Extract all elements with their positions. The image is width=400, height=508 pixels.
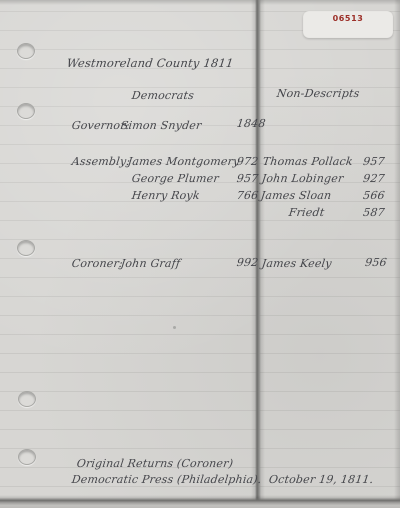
coroner-non-descript-name: James Keely bbox=[261, 257, 333, 270]
catalog-sticker: 06513 bbox=[303, 11, 393, 38]
assembly-democrat-votes: 972 bbox=[236, 155, 259, 168]
coroner-office-label: Coroner: bbox=[71, 257, 124, 270]
coroner-democrat-name: John Graff bbox=[120, 257, 181, 270]
coroner-democrat-votes: 992 bbox=[236, 256, 259, 269]
stamp-number: 06513 bbox=[303, 14, 393, 23]
assembly-non-descript-votes: 957 bbox=[350, 155, 386, 168]
page-edge-left bbox=[0, 0, 11, 508]
page-title: Westmoreland County 1811 bbox=[66, 57, 234, 70]
punch-hole bbox=[18, 449, 36, 465]
governor-vote-count: 1848 bbox=[236, 117, 266, 130]
punch-hole bbox=[18, 391, 36, 407]
assembly-non-descript-name: Friedt bbox=[288, 206, 325, 219]
governor-candidate-name: Simon Snyder bbox=[120, 119, 202, 132]
column-header-democrats: Democrats bbox=[131, 89, 195, 102]
assembly-non-descript-votes: 587 bbox=[350, 206, 386, 219]
punch-hole bbox=[17, 103, 35, 119]
footnote-source-line1: Original Returns (Coroner) bbox=[76, 457, 234, 470]
page-edge-top bbox=[0, 0, 400, 5]
column-header-non-descripts: Non-Descripts bbox=[276, 87, 360, 100]
page-edge-right bbox=[394, 0, 400, 508]
assembly-democrat-name: Henry Royk bbox=[131, 189, 201, 202]
punch-hole bbox=[17, 240, 35, 256]
assembly-democrat-name: George Plumer bbox=[131, 172, 220, 185]
assembly-non-descript-name: Thomas Pollack bbox=[262, 155, 354, 168]
assembly-non-descript-votes: 566 bbox=[350, 189, 386, 202]
assembly-democrat-name: James Montgomery bbox=[127, 155, 240, 168]
assembly-non-descript-name: James Sloan bbox=[260, 189, 332, 202]
footnote-source-line2: Democratic Press (Philadelphia). October… bbox=[71, 473, 374, 486]
assembly-non-descript-votes: 927 bbox=[350, 172, 386, 185]
scanned-ledger-page: 06513 Westmoreland County 1811 Democrats… bbox=[0, 0, 400, 508]
coroner-non-descript-votes: 956 bbox=[352, 256, 388, 269]
assembly-non-descript-name: John Lobinger bbox=[261, 172, 344, 185]
assembly-democrat-votes: 766 bbox=[236, 189, 259, 202]
assembly-democrat-votes: 957 bbox=[236, 172, 259, 185]
assembly-office-label: Assembly: bbox=[71, 155, 131, 168]
page-edge-bottom bbox=[0, 495, 400, 508]
paper-speck bbox=[173, 326, 176, 329]
book-spine bbox=[251, 0, 265, 508]
punch-hole bbox=[17, 43, 35, 59]
